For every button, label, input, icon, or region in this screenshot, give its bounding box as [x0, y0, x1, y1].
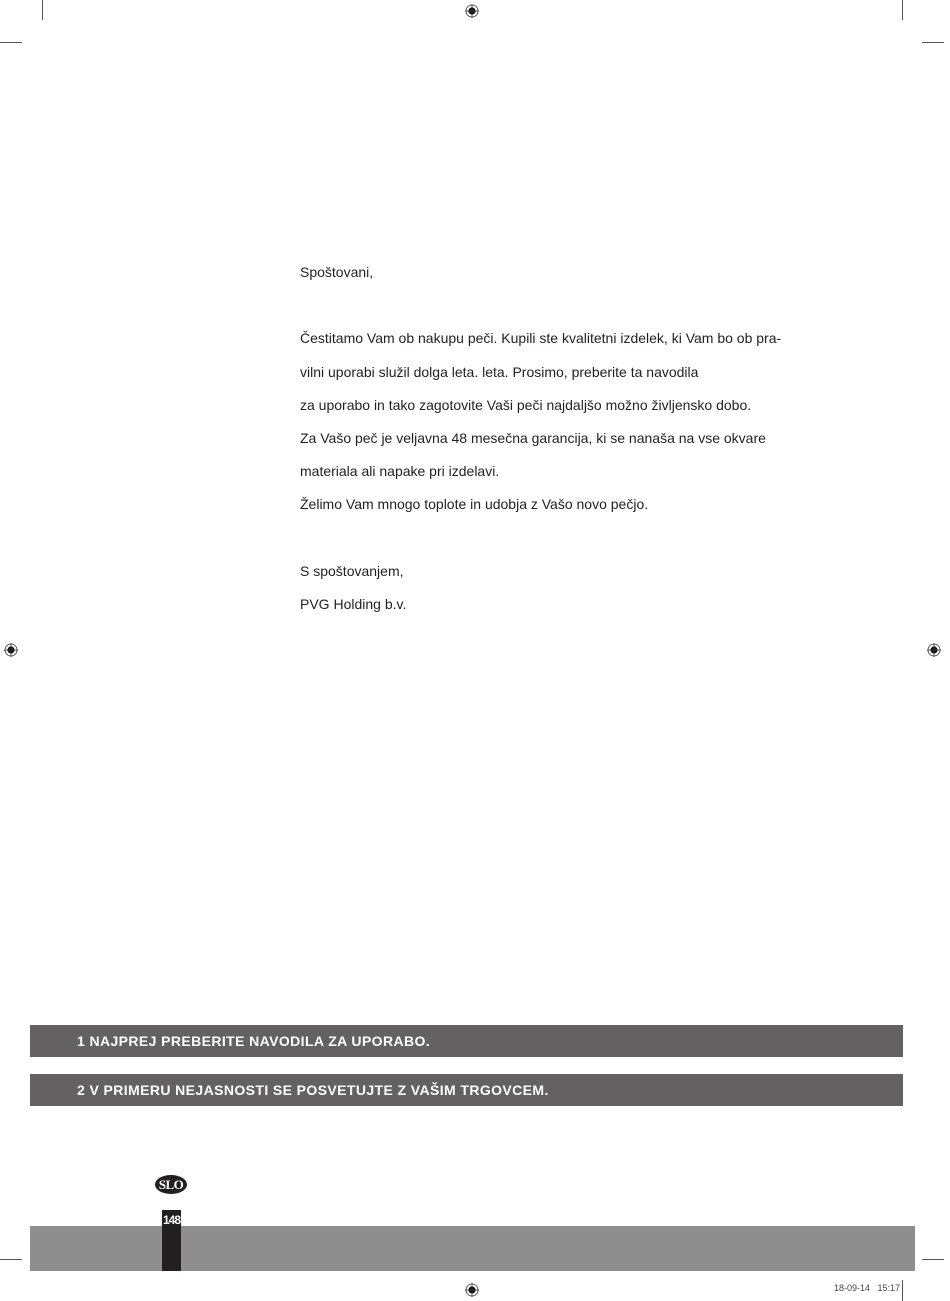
- letter-body-line: za uporabo in tako zagotovite Vaši peči …: [300, 389, 820, 422]
- letter-body-line: Za Vašo peč je veljavna 48 mesečna garan…: [300, 422, 820, 455]
- notice-bar-1: 1 NAJPREJ PREBERITE NAVODILA ZA UPORABO.: [30, 1025, 903, 1057]
- letter-body-line: Želimo Vam mnogo toplote in udobja z Vaš…: [300, 488, 820, 521]
- crop-mark-bottom-left-horizontal: [0, 1259, 22, 1260]
- registration-mark-bottom-icon: [465, 1283, 479, 1297]
- page-number: 148: [162, 1213, 181, 1227]
- notice-text: 1 NAJPREJ PREBERITE NAVODILA ZA UPORABO.: [77, 1025, 430, 1057]
- registration-mark-top-icon: [465, 4, 479, 18]
- registration-mark-left-icon: [4, 643, 18, 657]
- welcome-letter: Spoštovani, Čestitamo Vam ob nakupu peči…: [300, 256, 820, 621]
- letter-salutation: Spoštovani,: [300, 256, 820, 289]
- print-timestamp: 18-09-14 15:17: [834, 1283, 900, 1293]
- crop-mark-top-left-vertical: [42, 0, 43, 20]
- letter-body-line: Čestitamo Vam ob nakupu peči. Kupili ste…: [300, 322, 820, 355]
- language-badge: SLO: [155, 1175, 187, 1194]
- page-number-tab: 148: [162, 1210, 181, 1271]
- letter-body-line: vilni uporabi služil dolga leta. leta. P…: [300, 356, 820, 389]
- letter-signature: PVG Holding b.v.: [300, 588, 820, 621]
- crop-mark-top-left-horizontal: [0, 42, 22, 43]
- notice-bar-2: 2 V PRIMERU NEJASNOSTI SE POSVETUJTE Z V…: [30, 1074, 903, 1106]
- registration-mark-right-icon: [927, 643, 941, 657]
- crop-mark-top-right-vertical: [902, 0, 903, 20]
- letter-body-line: materiala ali napake pri izdelavi.: [300, 455, 820, 488]
- crop-mark-top-right-horizontal: [922, 42, 944, 43]
- letter-closing: S spoštovanjem,: [300, 555, 820, 588]
- crop-mark-bottom-right-horizontal: [922, 1259, 944, 1260]
- notice-text: 2 V PRIMERU NEJASNOSTI SE POSVETUJTE Z V…: [77, 1074, 549, 1106]
- crop-mark-bottom-right-vertical: [902, 1280, 903, 1301]
